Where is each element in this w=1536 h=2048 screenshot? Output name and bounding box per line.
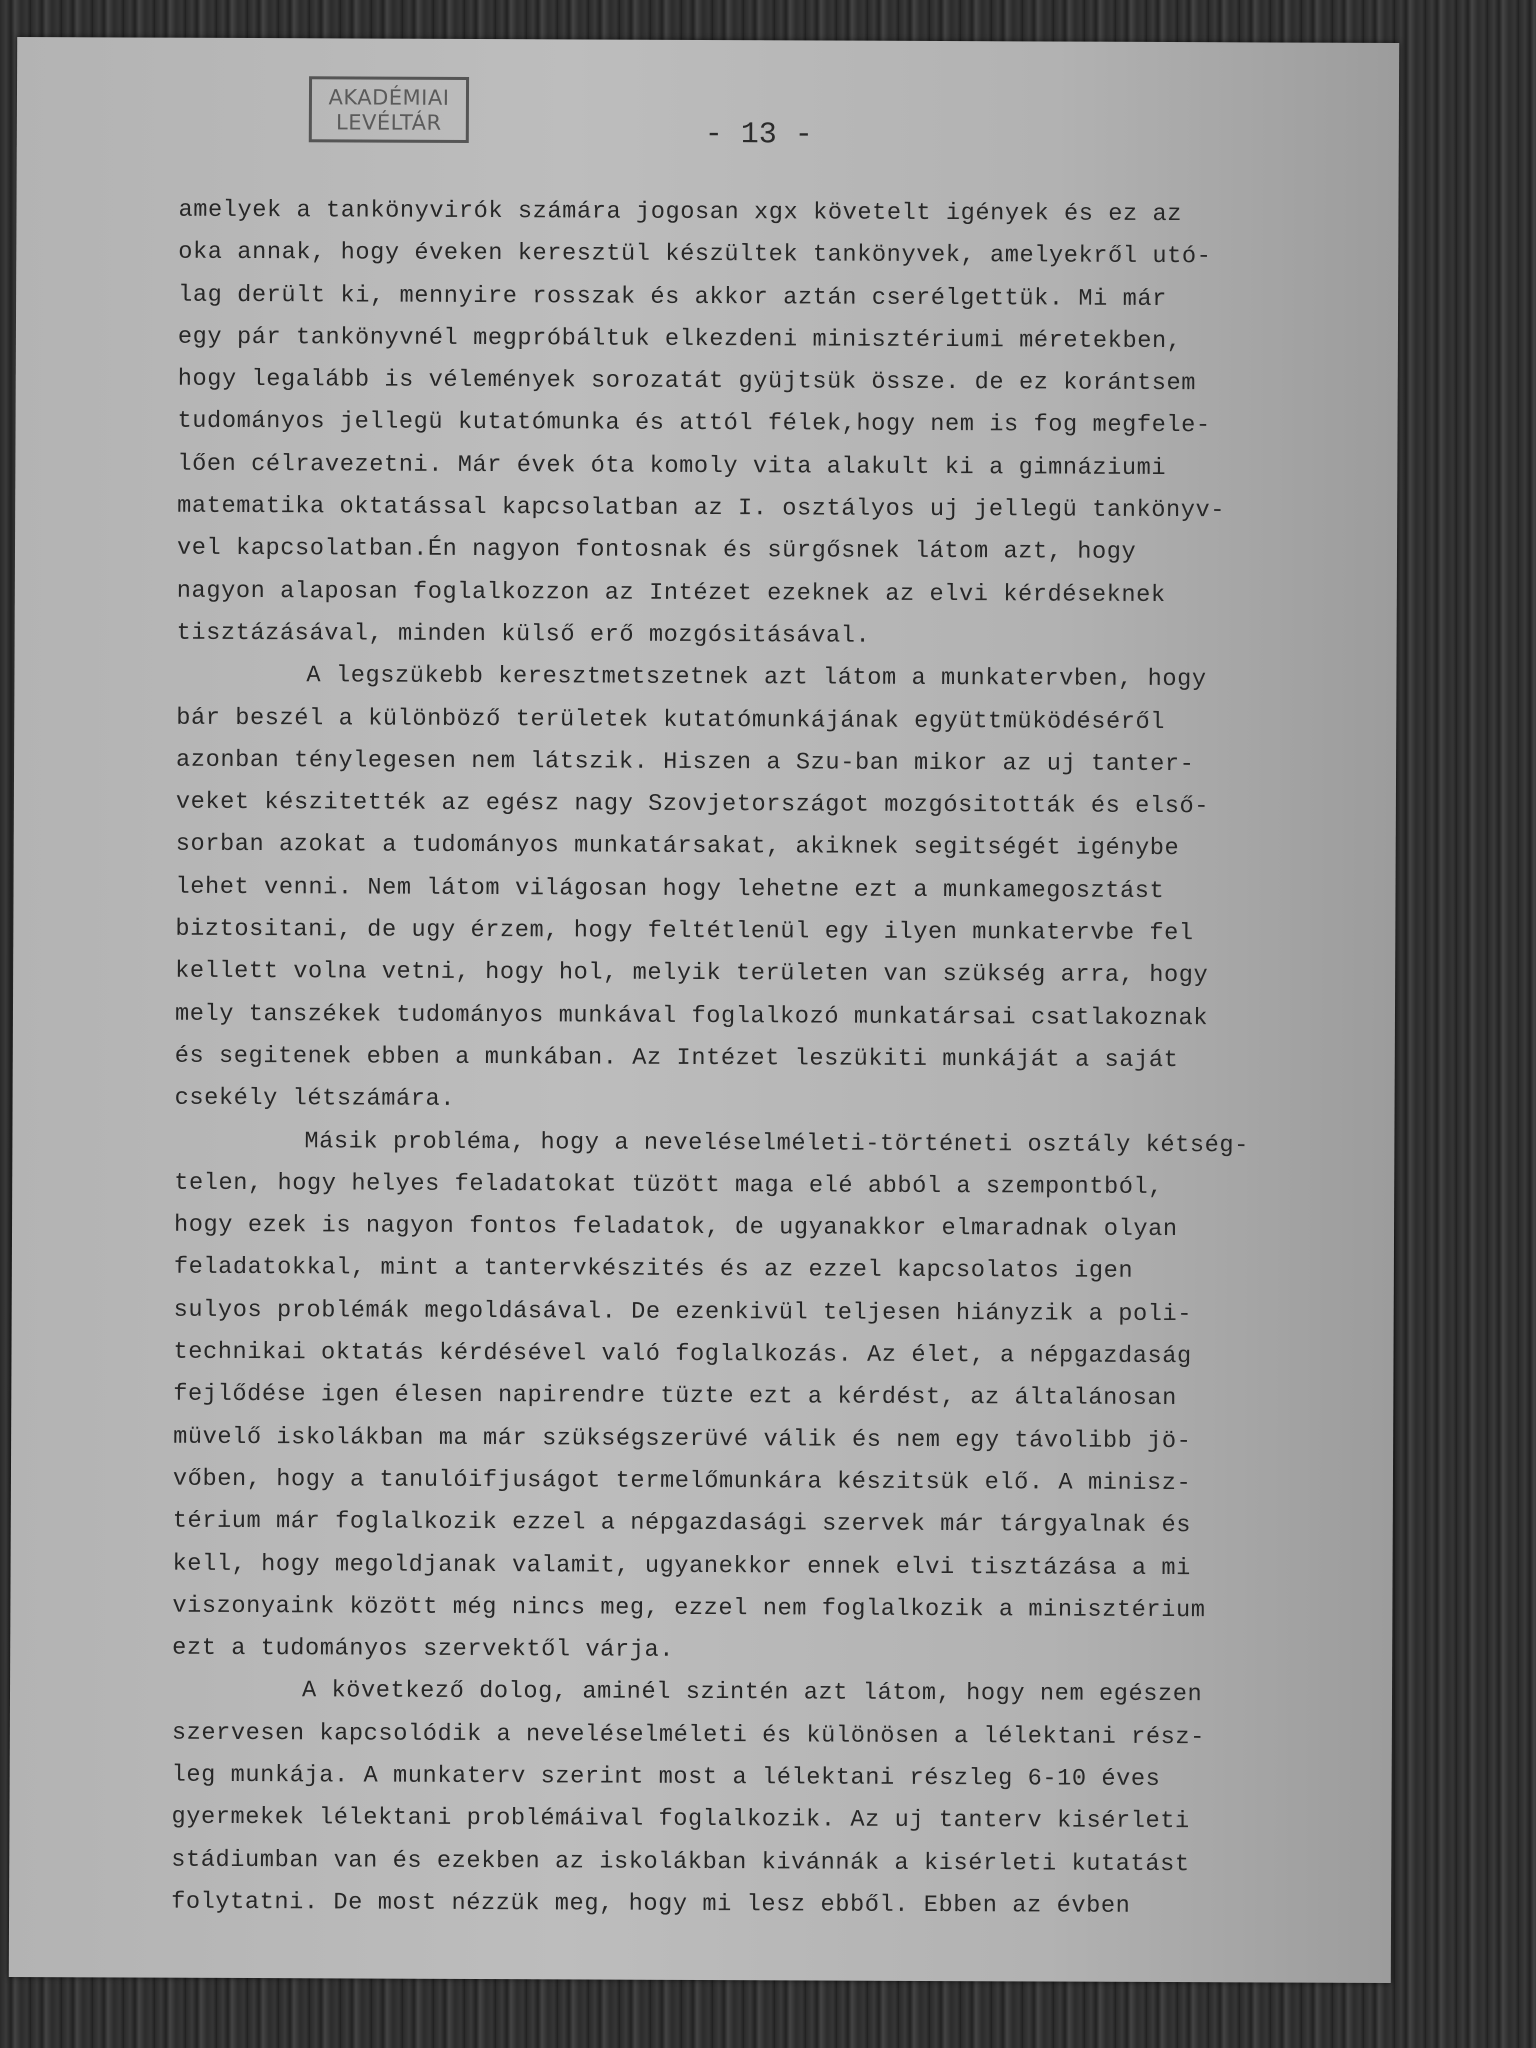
text-line: feladatokkal, mint a tantervkészités és … [174,1247,1404,1295]
text-line: tudományos jellegü kutatómunka és attól … [177,401,1407,449]
text-line: mely tanszékek tudományos munkával fogla… [175,993,1405,1041]
typewritten-page: AKADÉMIAI LEVÉLTÁR - 13 - amelyek a tank… [9,37,1399,1983]
text-line: amelyek a tankönyvirók számára jogosan x… [178,190,1408,238]
text-line: sorban azokat a tudományos munkatársakat… [176,824,1406,872]
text-line: veket készitették az egész nagy Szovjeto… [176,782,1406,830]
text-line: bár beszél a különböző területek kutatóm… [176,697,1406,745]
text-line: kell, hogy megoldjanak valamit, ugyanekk… [172,1543,1402,1591]
text-line: azonban ténylegesen nem látszik. Hiszen … [176,740,1406,788]
stamp-line-1: AKADÉMIAI [312,85,466,111]
text-line: A következő dolog, aminél szintén azt lá… [172,1670,1402,1718]
text-line: kellett volna vetni, hogy hol, melyik te… [175,951,1405,999]
text-line: fejlődése igen élesen napirendre tüzte e… [173,1374,1403,1422]
text-line: folytatni. De most nézzük meg, hogy mi l… [171,1882,1401,1930]
text-line: leg munkája. A munkaterv szerint most a … [172,1755,1402,1803]
text-line: vőben, hogy a tanulóifjuságot termelőmun… [173,1459,1403,1507]
text-line: matematika oktatással kapcsolatban az I.… [177,486,1407,534]
text-line: biztositani, de ugy érzem, hogy feltétle… [175,909,1405,957]
text-line: szervesen kapcsolódik a neveléselméleti … [172,1712,1402,1760]
text-line: müvelő iskolákban ma már szükségszerüvé … [173,1416,1403,1464]
page-number: - 13 - [705,118,813,152]
text-line: egy pár tankönyvnél megpróbáltuk elkezde… [178,317,1408,365]
text-line: tisztázásával, minden külső erő mozgósit… [177,613,1407,661]
stamp-line-2: LEVÉLTÁR [312,110,466,136]
text-line: stádiumban van és ezekben az iskolákban … [171,1839,1401,1887]
text-line: gyermekek lélektani problémáival foglalk… [171,1797,1401,1845]
text-line: technikai oktatás kérdésével való foglal… [173,1332,1403,1380]
text-line: telen, hogy helyes feladatokat tüzött ma… [174,1163,1404,1211]
text-line: A legszükebb keresztmetszetnek azt látom… [176,655,1406,703]
text-line: és segitenek ebben a munkában. Az Intéze… [175,1036,1405,1084]
text-line: vel kapcsolatban.Én nagyon fontosnak és … [177,528,1407,576]
text-line: lően célravezetni. Már évek óta komoly v… [177,443,1407,491]
text-line: Másik probléma, hogy a neveléselméleti-t… [174,1120,1404,1168]
text-line: ezt a tudományos szervektől várja. [172,1628,1402,1676]
text-line: nagyon alaposan foglalkozzon az Intézet … [177,570,1407,618]
text-line: oka annak, hogy éveken keresztül készült… [178,232,1408,280]
text-line: lehet venni. Nem látom világosan hogy le… [175,866,1405,914]
text-line: lag derült ki, mennyire rosszak és akkor… [178,274,1408,322]
archive-stamp: AKADÉMIAI LEVÉLTÁR [309,76,469,143]
text-line: hogy legalább is vélemények sorozatát gy… [178,359,1408,407]
text-line: térium már foglalkozik ezzel a népgazdas… [173,1501,1403,1549]
body-text: amelyek a tankönyvirók számára jogosan x… [171,190,1409,1930]
text-line: viszonyaink között még nincs meg, ezzel … [172,1585,1402,1633]
text-line: sulyos problémák megoldásával. De ezenki… [174,1289,1404,1337]
text-line: csekély létszámára. [175,1078,1405,1126]
text-line: hogy ezek is nagyon fontos feladatok, de… [174,1205,1404,1253]
